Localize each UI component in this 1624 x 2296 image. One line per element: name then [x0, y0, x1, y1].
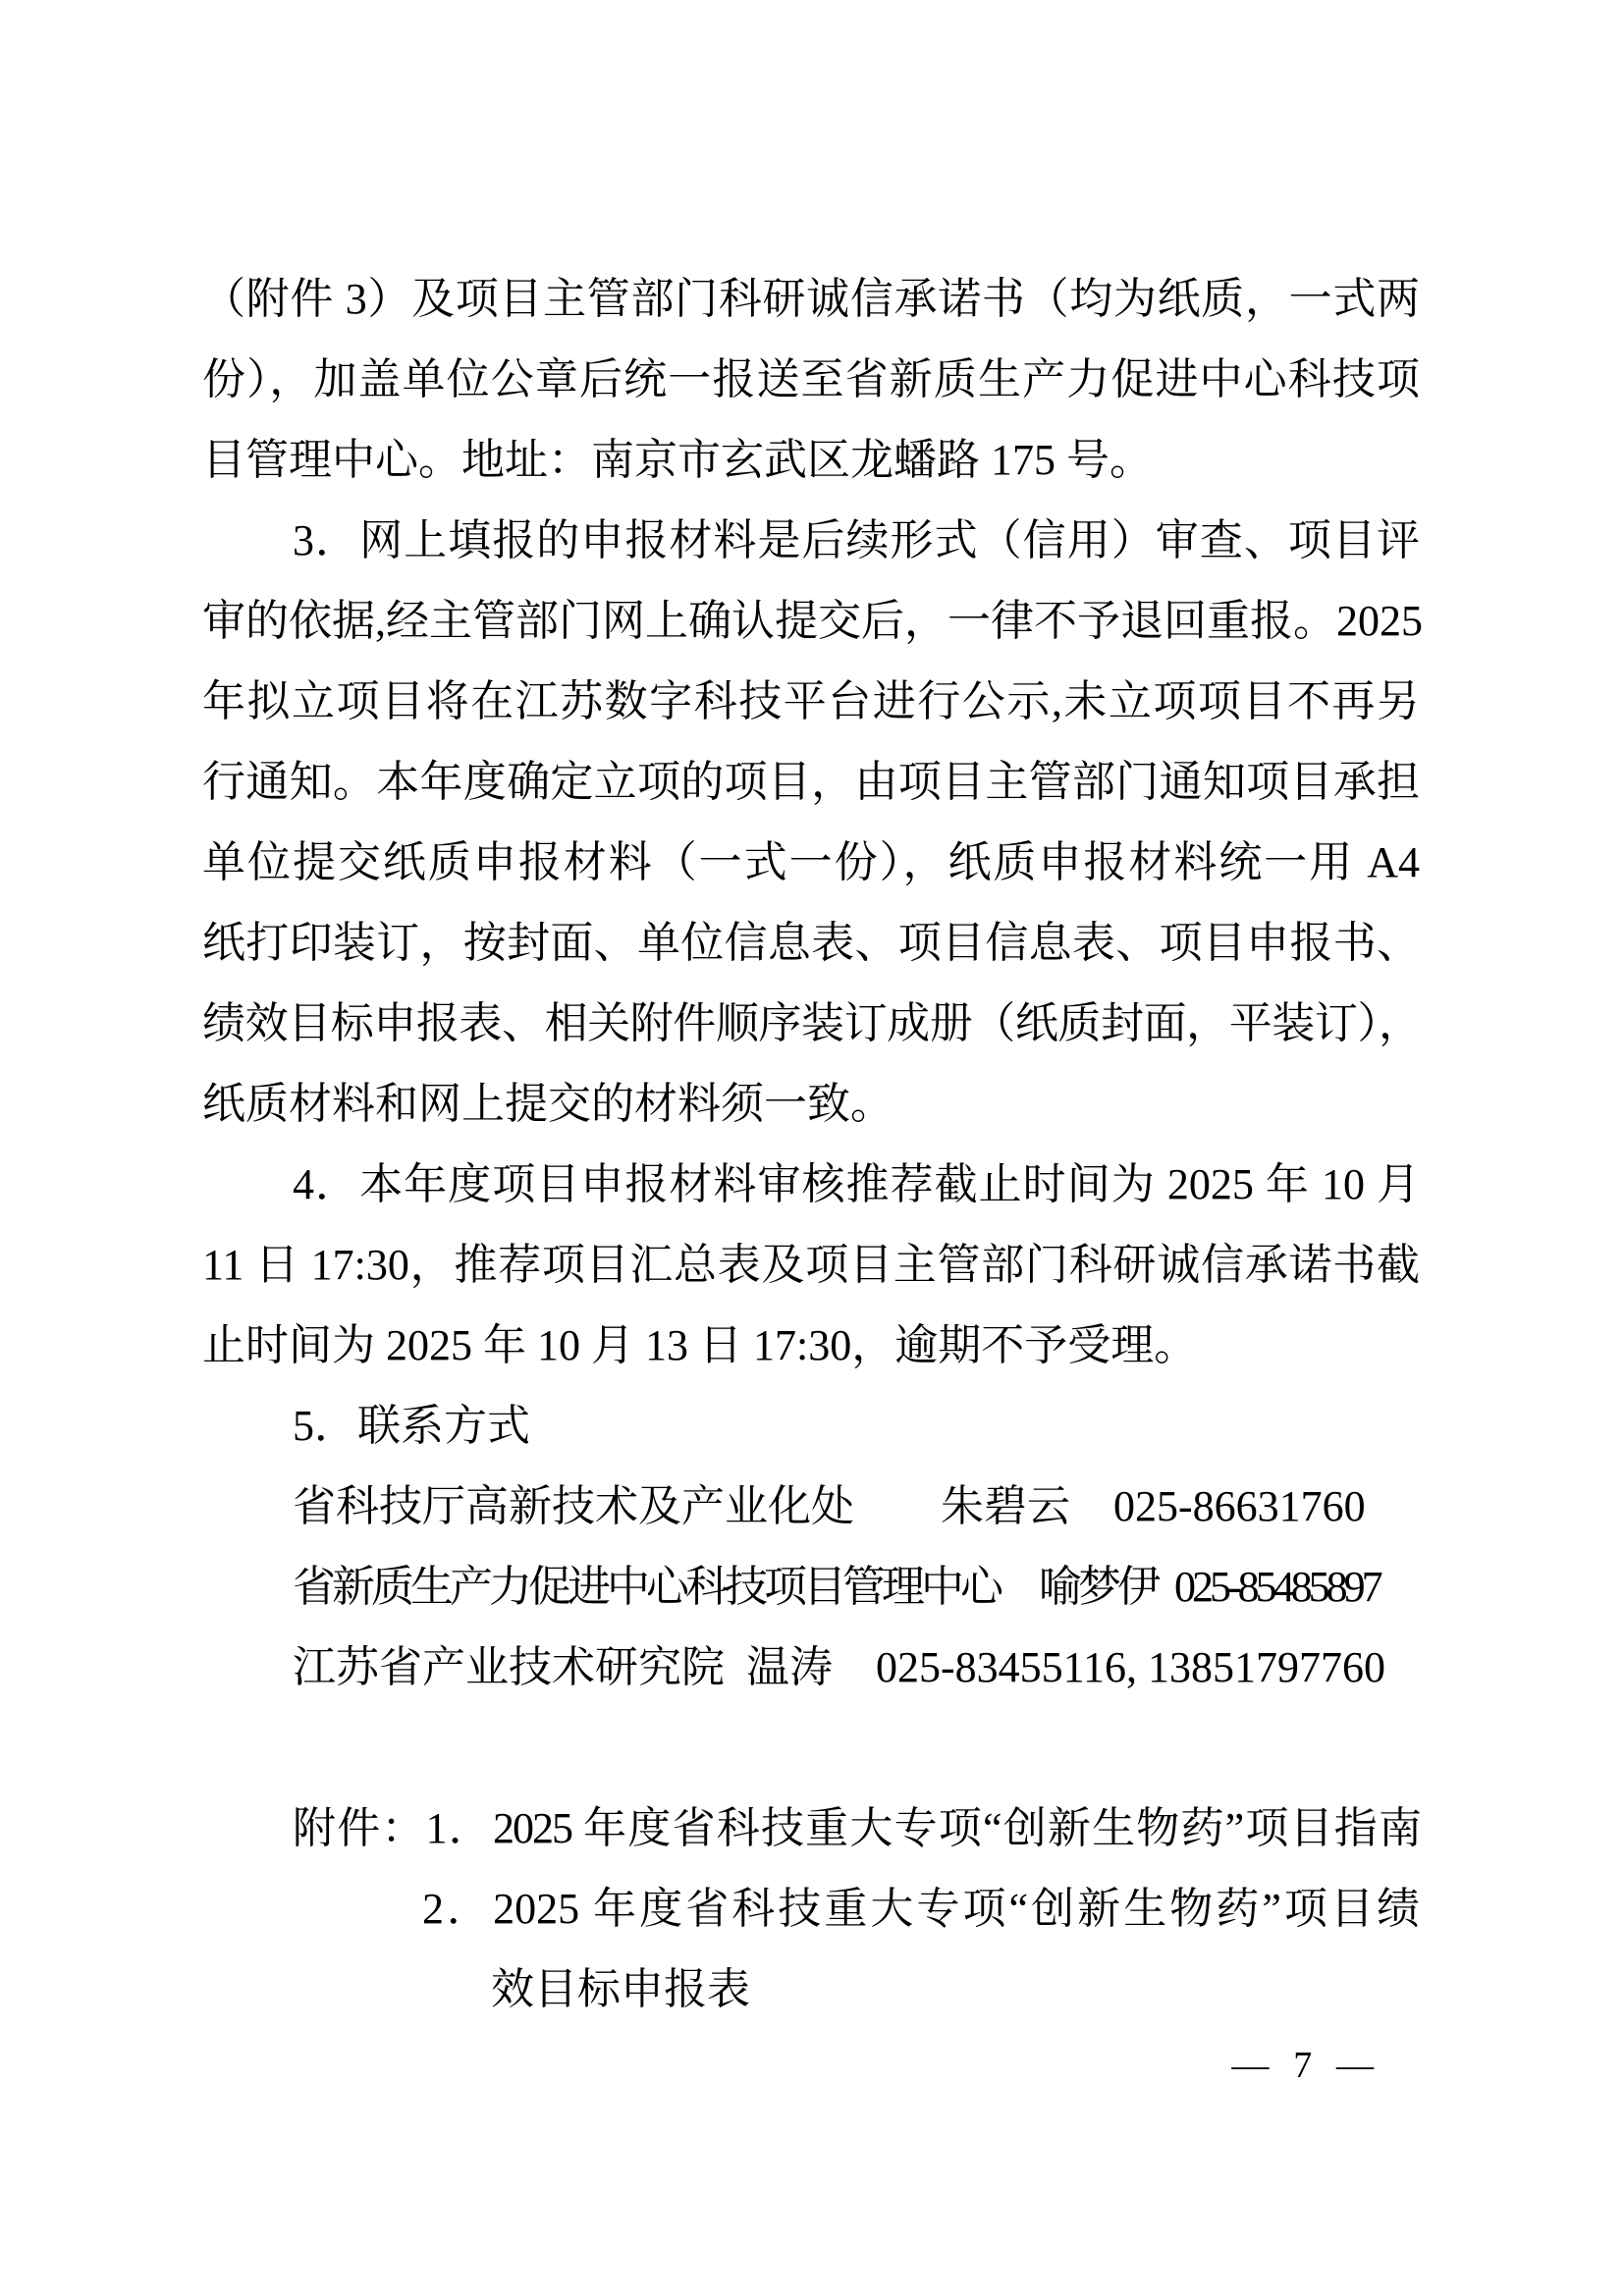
document-body: （附件 3）及项目主管部门科研诚信承诺书（均为纸质，一式两份），加盖单位公章后统… — [202, 259, 1420, 2030]
text-line: 审的依据,经主管部门网上确认提交后，一律不予退回重报。2025 — [202, 581, 1420, 662]
text-line: （附件 3）及项目主管部门科研诚信承诺书（均为纸质，一式两 — [202, 259, 1420, 340]
text-line: 2．2025 年度省科技重大专项“创新生物药”项目绩 — [422, 1869, 1420, 1949]
text-line: 江苏省产业技术研究院 温涛 025-83455116, 13851797760 — [293, 1628, 1420, 1708]
text-line: 纸打印装订，按封面、单位信息表、项目信息表、项目申报书、 — [202, 903, 1420, 984]
text-line: 单位提交纸质申报材料（一式一份），纸质申报材料统一用 A4 — [202, 823, 1420, 903]
text-line: 止时间为 2025 年 10 月 13 日 17:30，逾期不予受理。 — [202, 1306, 1420, 1386]
text-line: 份），加盖单位公章后统一报送至省新质生产力促进中心科技项 — [202, 340, 1420, 420]
text-line: 行通知。本年度确定立项的项目，由项目主管部门通知项目承担 — [202, 742, 1420, 823]
text-line: 纸质材料和网上提交的材料须一致。 — [202, 1064, 1420, 1145]
text-line: 省科技厅高新技术及产业化处 朱碧云 025-86631760 — [293, 1467, 1420, 1547]
text-line: 11 日 17:30，推荐项目汇总表及项目主管部门科研诚信承诺书截 — [202, 1225, 1420, 1306]
document-page: （附件 3）及项目主管部门科研诚信承诺书（均为纸质，一式两份），加盖单位公章后统… — [0, 0, 1624, 2296]
text-line: 4．本年度项目申报材料审核推荐截止时间为 2025 年 10 月 — [293, 1145, 1420, 1225]
text-line — [202, 1708, 1420, 1789]
page-number: — 7 — — [1231, 2044, 1375, 2087]
text-line: 5．联系方式 — [293, 1386, 1420, 1467]
text-line: 3．网上填报的申报材料是后续形式（信用）审查、项目评 — [293, 501, 1420, 581]
text-line: 效目标申报表 — [491, 1949, 1420, 2030]
text-line: 绩效目标申报表、相关附件顺序装订成册（纸质封面，平装订）， — [202, 984, 1420, 1064]
text-line: 附件：1．2025 年度省科技重大专项“创新生物药”项目指南 — [293, 1789, 1420, 1869]
text-line: 省新质生产力促进中心科技项目管理中心 喻梦伊 025-85485897 — [293, 1547, 1420, 1628]
text-line: 年拟立项目将在江苏数字科技平台进行公示,未立项项目不再另 — [202, 662, 1420, 742]
text-line: 目管理中心。地址：南京市玄武区龙蟠路 175 号。 — [202, 420, 1420, 501]
